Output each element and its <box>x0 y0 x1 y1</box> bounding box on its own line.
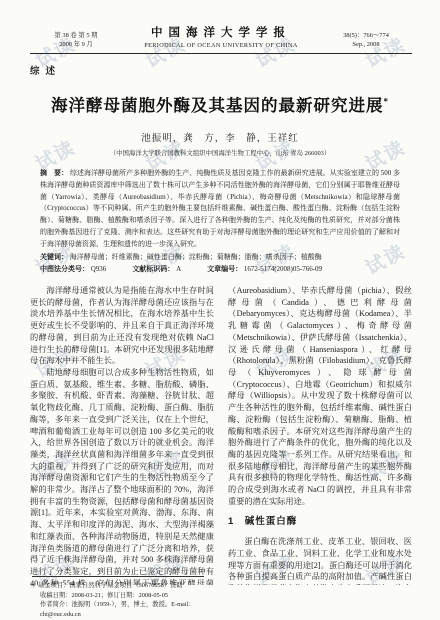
affiliation-line: （中国海洋大学联合国教科文组织中国海洋生物工程中心，山东 青岛 266003） <box>0 148 440 157</box>
page-range: 38(5)：766～774 <box>320 31 412 40</box>
footnote-text: ＊ 基金项目：国家自然科学基金项目（30670058）资助 收稿日期：2008-… <box>30 581 230 619</box>
journal-title-en: PERIODICAL OF OCEAN UNIVERSITY OF CHINA <box>122 42 320 49</box>
footnote-block: ＊ 基金项目：国家自然科学基金项目（30670058）资助 收稿日期：2008-… <box>30 576 230 619</box>
keywords-block: 关键词： 海洋酵母菌；纤维素酶；碱性蛋白酶；淀粉酶；菊糖酶；脂酶；嗜杀因子；植酸… <box>40 252 400 264</box>
abstract-block: 摘 要： 综述海洋酵母菌所产多种胞外酶的生产、纯酶性质及基因克隆工作的最新研究进… <box>40 168 400 251</box>
body-paragraph: （Aureobasidium）、毕赤氏酵母菌（pichia）、假丝酵母菌（Can… <box>228 285 412 507</box>
article-id: 文章编号： 1672-5174(2008)05-766-09 <box>207 264 322 274</box>
issue-date-en: Sep., 2008 <box>320 40 412 49</box>
document-code: 文献标识码： A <box>132 264 181 274</box>
clc-label: 中图法分类号： <box>40 266 89 273</box>
footnote-author-bio: 作者简介：池振明（1959-），男，博士，教授。E-mail：chi@ouc.e… <box>30 600 230 619</box>
left-column: 海洋酵母通常被认为是指能在海水中生存时间更长的酵母菌，作者认为海洋酵母菌还应该指… <box>30 285 214 585</box>
body-paragraph: 海洋酵母通常被认为是指能在海水中生存时间更长的酵母菌，作者认为海洋酵母菌还应该指… <box>30 285 214 367</box>
footnote-dates: 收稿日期：2008-03-21；修订日期：2008-05-05 <box>30 591 230 601</box>
article-id-label: 文章编号： <box>207 266 242 273</box>
body-columns: 海洋酵母通常被认为是指能在海水中生存时间更长的酵母菌，作者认为海洋酵母菌还应该指… <box>30 285 412 585</box>
header-volume-block: 第 38 卷 第 5 期 2008 年 9 月 <box>30 31 122 49</box>
abstract-label: 摘 要： <box>40 170 68 177</box>
article-type-label: 综述 <box>30 63 440 77</box>
footnote-fund: ＊ 基金项目：国家自然科学基金项目（30670058）资助 <box>30 581 230 591</box>
authors-line: 池振明，龚 方，李 静，王祥红 <box>0 130 440 144</box>
header-journal-block: 中国海洋大学学报 PERIODICAL OF OCEAN UNIVERSITY … <box>122 24 320 49</box>
body-paragraph: 陆地酵母细胞可以合成多种生物活性物质，如蛋白质、氨基酸、维生素、多糖、脂肪酸、磷… <box>30 367 214 585</box>
body-paragraph: 蛋白酶在洗涤剂工业、皮革工业、银回收、医药工业、食品工业、饲料工业、化学工业和废… <box>228 536 412 585</box>
header-pages-block: 38(5)：766～774 Sep., 2008 <box>320 31 412 49</box>
article-title-text: 海洋酵母菌胞外酶及其基因的最新研究进展 <box>51 96 384 115</box>
page-content: 第 38 卷 第 5 期 2008 年 9 月 中国海洋大学学报 PERIODI… <box>0 24 440 585</box>
document-code-label: 文献标识码： <box>132 266 174 273</box>
section-heading-1: 1 碱性蛋白酶 <box>228 516 412 528</box>
page-title: 海洋酵母菌胞外酶及其基因的最新研究进展* <box>0 92 440 116</box>
clc-value: Q936 <box>91 265 107 273</box>
journal-page: 试读 试读 试读 试读 试读 试读 试读 试读 试读 试读 试读 试读 试读 试… <box>0 0 440 620</box>
right-column: （Aureobasidium）、毕赤氏酵母菌（pichia）、假丝酵母菌（Can… <box>228 285 412 585</box>
footnote-rule <box>32 576 204 577</box>
meta-row: 中图法分类号： Q936 文献标识码： A 文章编号： 1672-5174(20… <box>40 264 400 274</box>
document-code-value: A <box>176 265 181 273</box>
abstract-text: 综述海洋酵母菌所产多种胞外酶的生产、纯酶性质及基因克隆工作的最新研究进展。从实验… <box>40 169 400 248</box>
journal-header: 第 38 卷 第 5 期 2008 年 9 月 中国海洋大学学报 PERIODI… <box>30 24 412 54</box>
journal-title-cn: 中国海洋大学学报 <box>122 24 320 40</box>
volume-issue: 第 38 卷 第 5 期 <box>30 31 122 40</box>
article-id-value: 1672-5174(2008)05-766-09 <box>244 265 322 273</box>
clc-number: 中图法分类号： Q936 <box>40 264 106 274</box>
keywords-label: 关键词： <box>40 254 68 261</box>
keywords-text: 海洋酵母菌；纤维素酶；碱性蛋白酶；淀粉酶；菊糖酶；脂酶；嗜杀因子；植酸酶 <box>70 253 322 261</box>
title-footnote-mark: * <box>384 97 390 107</box>
issue-date-cn: 2008 年 9 月 <box>30 40 122 49</box>
